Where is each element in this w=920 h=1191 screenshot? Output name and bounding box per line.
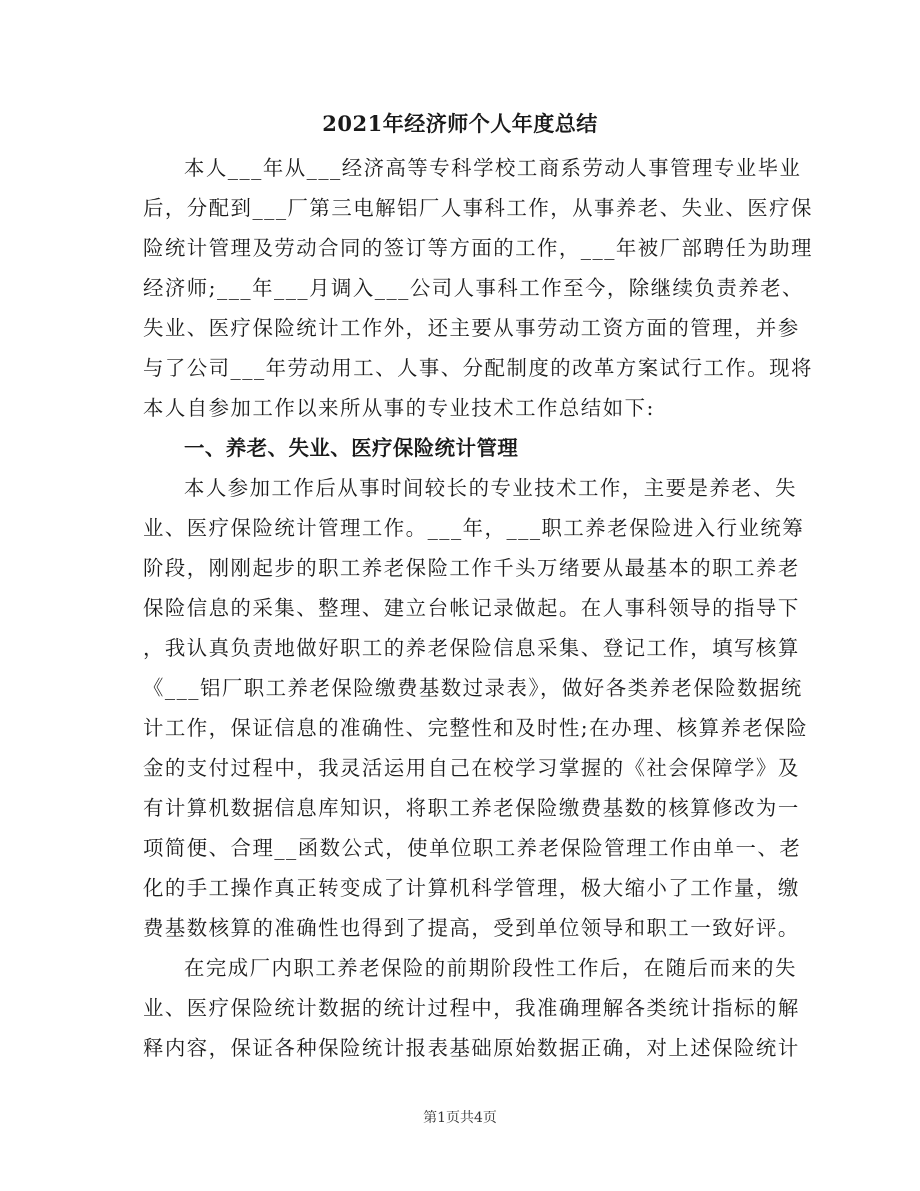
- document-title: 2021年经济师个人年度总结: [0, 108, 920, 140]
- text-line: 有计算机数据信息库知识，将职工养老保险缴费基数的核算修改为一: [143, 788, 777, 828]
- document-body: 本人___年从___经济高等专科学校工商系劳动人事管理专业毕业 后，分配到___…: [143, 148, 777, 1068]
- text-line: 金的支付过程中，我灵活运用自己在校学习掌握的《社会保障学》及: [143, 748, 777, 788]
- text-line: 化的手工操作真正转变成了计算机科学管理，极大缩小了工作量，缴: [143, 868, 777, 908]
- text-line: 阶段，刚刚起步的职工养老保险工作千头万绪要从最基本的职工养老: [143, 548, 777, 588]
- text-line: 后，分配到___厂第三电解铝厂人事科工作，从事养老、失业、医疗保: [143, 188, 777, 228]
- section-heading: 一、养老、失业、医疗保险统计管理: [143, 428, 777, 468]
- text-line: 本人自参加工作以来所从事的专业技术工作总结如下:: [143, 388, 777, 428]
- text-line: 失业、医疗保险统计工作外，还主要从事劳动工资方面的管理，并参: [143, 308, 777, 348]
- text-line: 保险信息的采集、整理、建立台帐记录做起。在人事科领导的指导下: [143, 588, 777, 628]
- text-line: 业、医疗保险统计管理工作。___年，___职工养老保险进入行业统筹: [143, 508, 777, 548]
- text-line: 业、医疗保险统计数据的统计过程中，我准确理解各类统计指标的解: [143, 988, 777, 1028]
- text-line: 与了公司___年劳动用工、人事、分配制度的改革方案试行工作。现将: [143, 348, 777, 388]
- text-line: 本人___年从___经济高等专科学校工商系劳动人事管理专业毕业: [143, 148, 777, 188]
- text-line: 本人参加工作后从事时间较长的专业技术工作，主要是养老、失: [143, 468, 777, 508]
- text-line: 在完成厂内职工养老保险的前期阶段性工作后，在随后而来的失: [143, 948, 777, 988]
- text-line: 费基数核算的准确性也得到了提高，受到单位领导和职工一致好评。: [143, 908, 777, 948]
- text-line: 项简便、合理__函数公式，使单位职工养老保险管理工作由单一、老: [143, 828, 777, 868]
- page-indicator: 第1页共4页: [0, 1108, 920, 1128]
- document-page: 2021年经济师个人年度总结 本人___年从___经济高等专科学校工商系劳动人事…: [0, 0, 920, 1191]
- text-line: 经济师;___年___月调入___公司人事科工作至今，除继续负责养老、: [143, 268, 777, 308]
- text-line: 险统计管理及劳动合同的签订等方面的工作，___年被厂部聘任为助理: [143, 228, 777, 268]
- text-line: 《___铝厂职工养老保险缴费基数过录表》，做好各类养老保险数据统: [143, 668, 777, 708]
- text-line: 计工作，保证信息的准确性、完整性和及时性;在办理、核算养老保险: [143, 708, 777, 748]
- text-line: 释内容，保证各种保险统计报表基础原始数据正确，对上述保险统计: [143, 1028, 777, 1068]
- text-line: ，我认真负责地做好职工的养老保险信息采集、登记工作，填写核算: [143, 628, 777, 668]
